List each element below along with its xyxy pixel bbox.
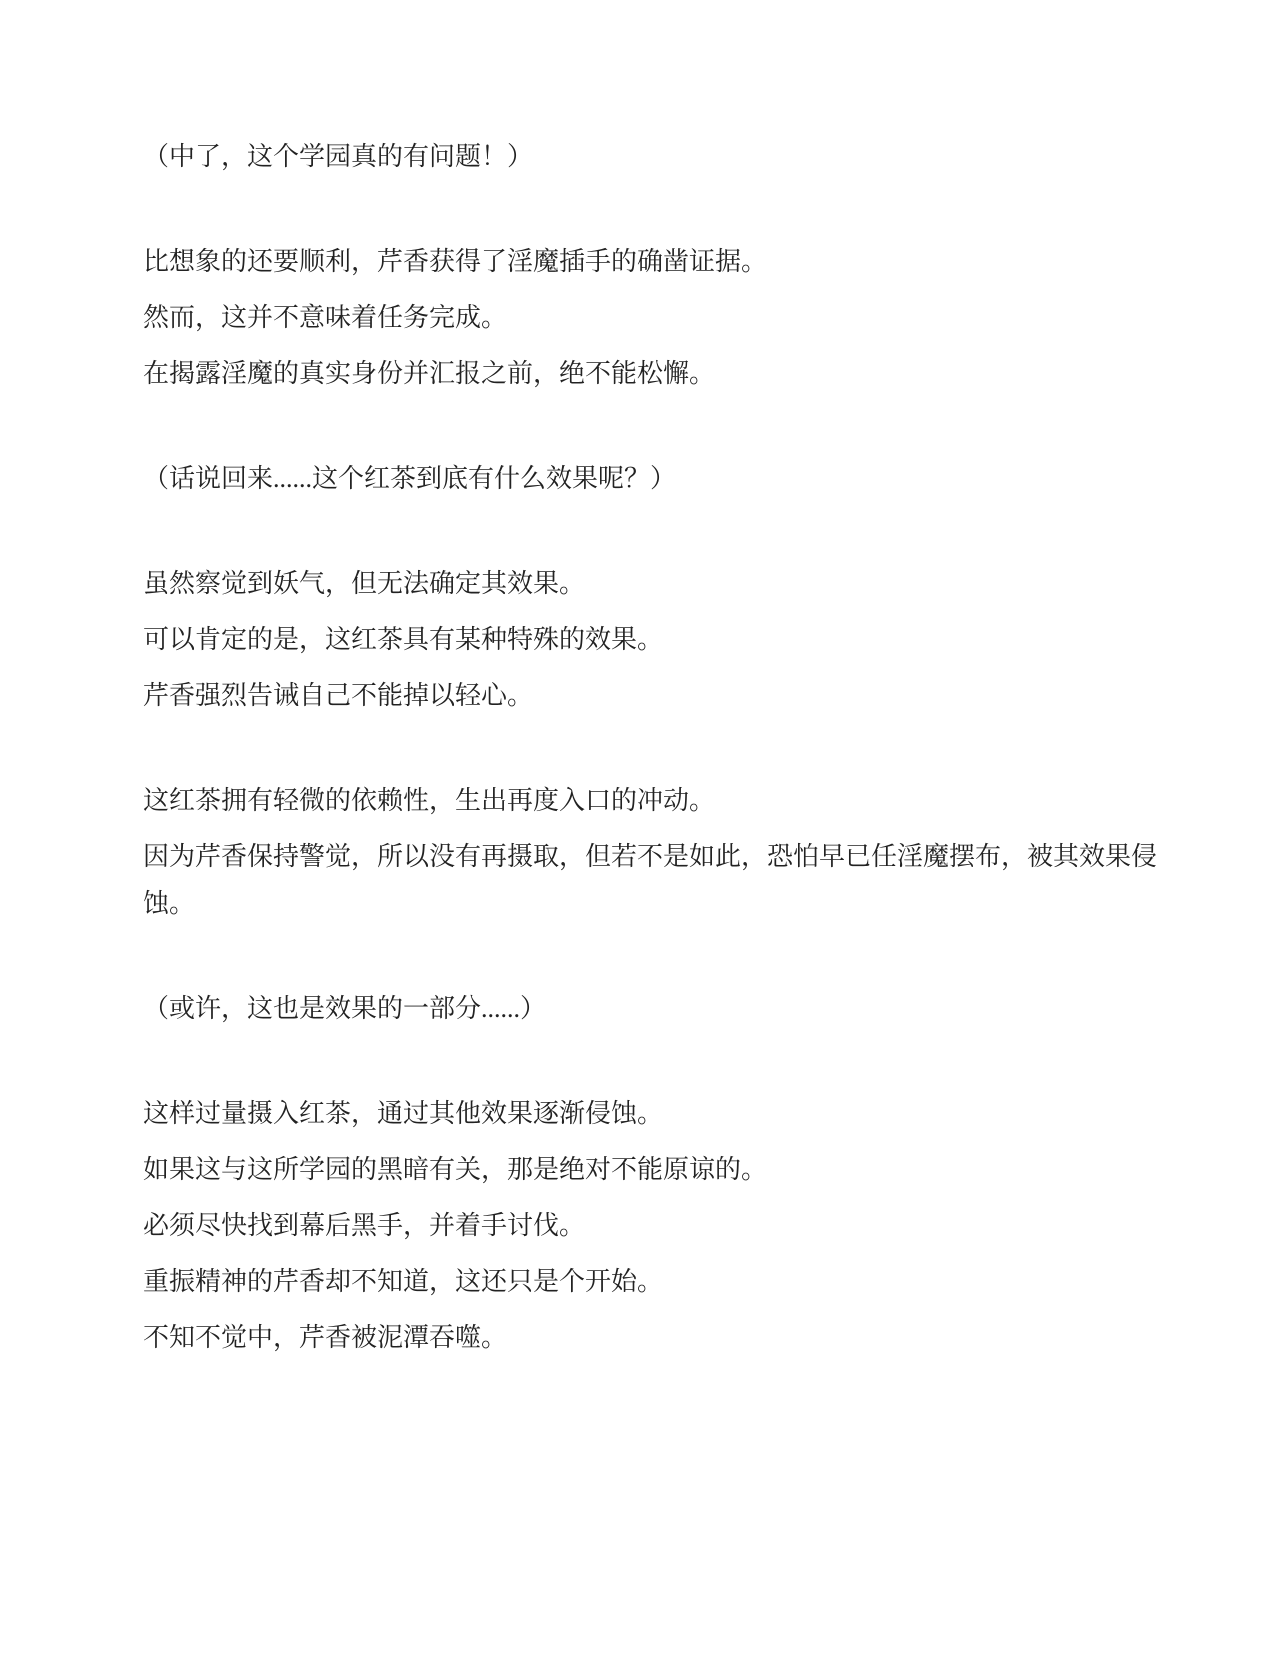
text-line: 这样过量摄入红茶，通过其他效果逐渐侵蚀。 (143, 1090, 1163, 1137)
text-line-parenthetical: （话说回来......这个红茶到底有什么效果呢？） (143, 455, 1163, 502)
text-line: 然而，这并不意味着任务完成。 (143, 294, 1163, 341)
text-line: 这红茶拥有轻微的依赖性，生出再度入口的冲动。 (143, 777, 1163, 824)
text-line-parenthetical: （中了，这个学园真的有问题！） (143, 133, 1163, 180)
text-line-wrapping: 因为芹香保持警觉，所以没有再摄取，但若不是如此，恐怕早已任淫魔摆布，被其效果侵蚀… (143, 833, 1163, 927)
document-page: （中了，这个学园真的有问题！） 比想象的还要顺利，芹香获得了淫魔插手的确凿证据。… (0, 0, 1280, 1656)
text-line: 可以肯定的是，这红茶具有某种特殊的效果。 (143, 616, 1163, 663)
text-line-parenthetical: （或许，这也是效果的一部分......） (143, 985, 1163, 1032)
text-line: 必须尽快找到幕后黑手，并着手讨伐。 (143, 1202, 1163, 1249)
text-line: 不知不觉中，芹香被泥潭吞噬。 (143, 1314, 1163, 1361)
text-line: 芹香强烈告诫自己不能掉以轻心。 (143, 672, 1163, 719)
text-line: 重振精神的芹香却不知道，这还只是个开始。 (143, 1258, 1163, 1305)
text-line: 虽然察觉到妖气，但无法确定其效果。 (143, 560, 1163, 607)
text-line: 如果这与这所学园的黑暗有关，那是绝对不能原谅的。 (143, 1146, 1163, 1193)
text-content: （中了，这个学园真的有问题！） 比想象的还要顺利，芹香获得了淫魔插手的确凿证据。… (0, 0, 1163, 1361)
text-line: 在揭露淫魔的真实身份并汇报之前，绝不能松懈。 (143, 350, 1163, 397)
text-line: 比想象的还要顺利，芹香获得了淫魔插手的确凿证据。 (143, 238, 1163, 285)
